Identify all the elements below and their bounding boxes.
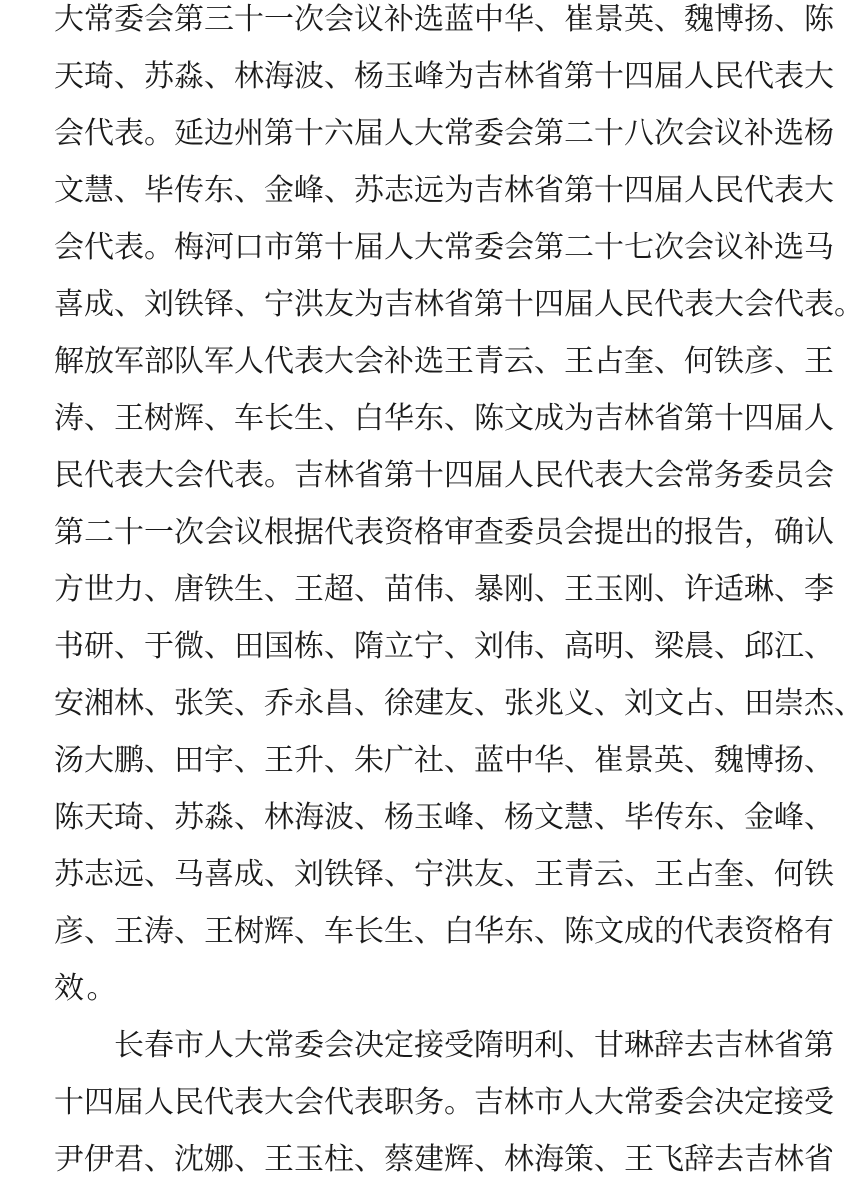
text-line: 会代表。延边州第十六届人大常委会第二十八次会议补选杨 <box>54 114 804 154</box>
text-line: 会代表。梅河口市第十届人大常委会第二十七次会议补选马 <box>54 228 804 268</box>
text-line: 第二十一次会议根据代表资格审查委员会提出的报告，确认 <box>54 513 804 553</box>
text-line: 涛、王树辉、车长生、白华东、陈文成为吉林省第十四届人 <box>54 399 804 439</box>
text-line: 彦、王涛、王树辉、车长生、白华东、陈文成的代表资格有 <box>54 912 804 952</box>
text-line: 书研、于微、田国栋、隋立宁、刘伟、高明、梁晨、邱江、 <box>54 627 804 667</box>
text-line: 效。 <box>54 969 119 1009</box>
text-line: 天琦、苏淼、林海波、杨玉峰为吉林省第十四届人民代表大 <box>54 57 804 97</box>
text-line: 大常委会第三十一次会议补选蓝中华、崔景英、魏博扬、陈 <box>54 0 804 40</box>
text-line: 安湘林、张笑、乔永昌、徐建友、张兆义、刘文占、田崇杰、 <box>54 684 804 724</box>
text-line: 汤大鹏、田宇、王升、朱广社、蓝中华、崔景英、魏博扬、 <box>54 741 804 781</box>
text-line: 解放军部队军人代表大会补选王青云、王占奎、何铁彦、王 <box>54 342 804 382</box>
text-line: 民代表大会代表。吉林省第十四届人民代表大会常务委员会 <box>54 456 804 496</box>
text-line: 喜成、刘铁铎、宁洪友为吉林省第十四届人民代表大会代表。 <box>54 285 804 325</box>
text-line: 苏志远、马喜成、刘铁铎、宁洪友、王青云、王占奎、何铁 <box>54 855 804 895</box>
text-line: 长春市人大常委会决定接受隋明利、甘琳辞去吉林省第 <box>54 1026 804 1066</box>
text-line: 十四届人民代表大会代表职务。吉林市人大常委会决定接受 <box>54 1083 804 1123</box>
text-line: 尹伊君、沈娜、王玉柱、蔡建辉、林海策、王飞辞去吉林省 <box>54 1140 804 1180</box>
text-line: 陈天琦、苏淼、林海波、杨玉峰、杨文慧、毕传东、金峰、 <box>54 798 804 838</box>
text-line: 方世力、唐铁生、王超、苗伟、暴刚、王玉刚、许适琳、李 <box>54 570 804 610</box>
text-line: 文慧、毕传东、金峰、苏志远为吉林省第十四届人民代表大 <box>54 171 804 211</box>
